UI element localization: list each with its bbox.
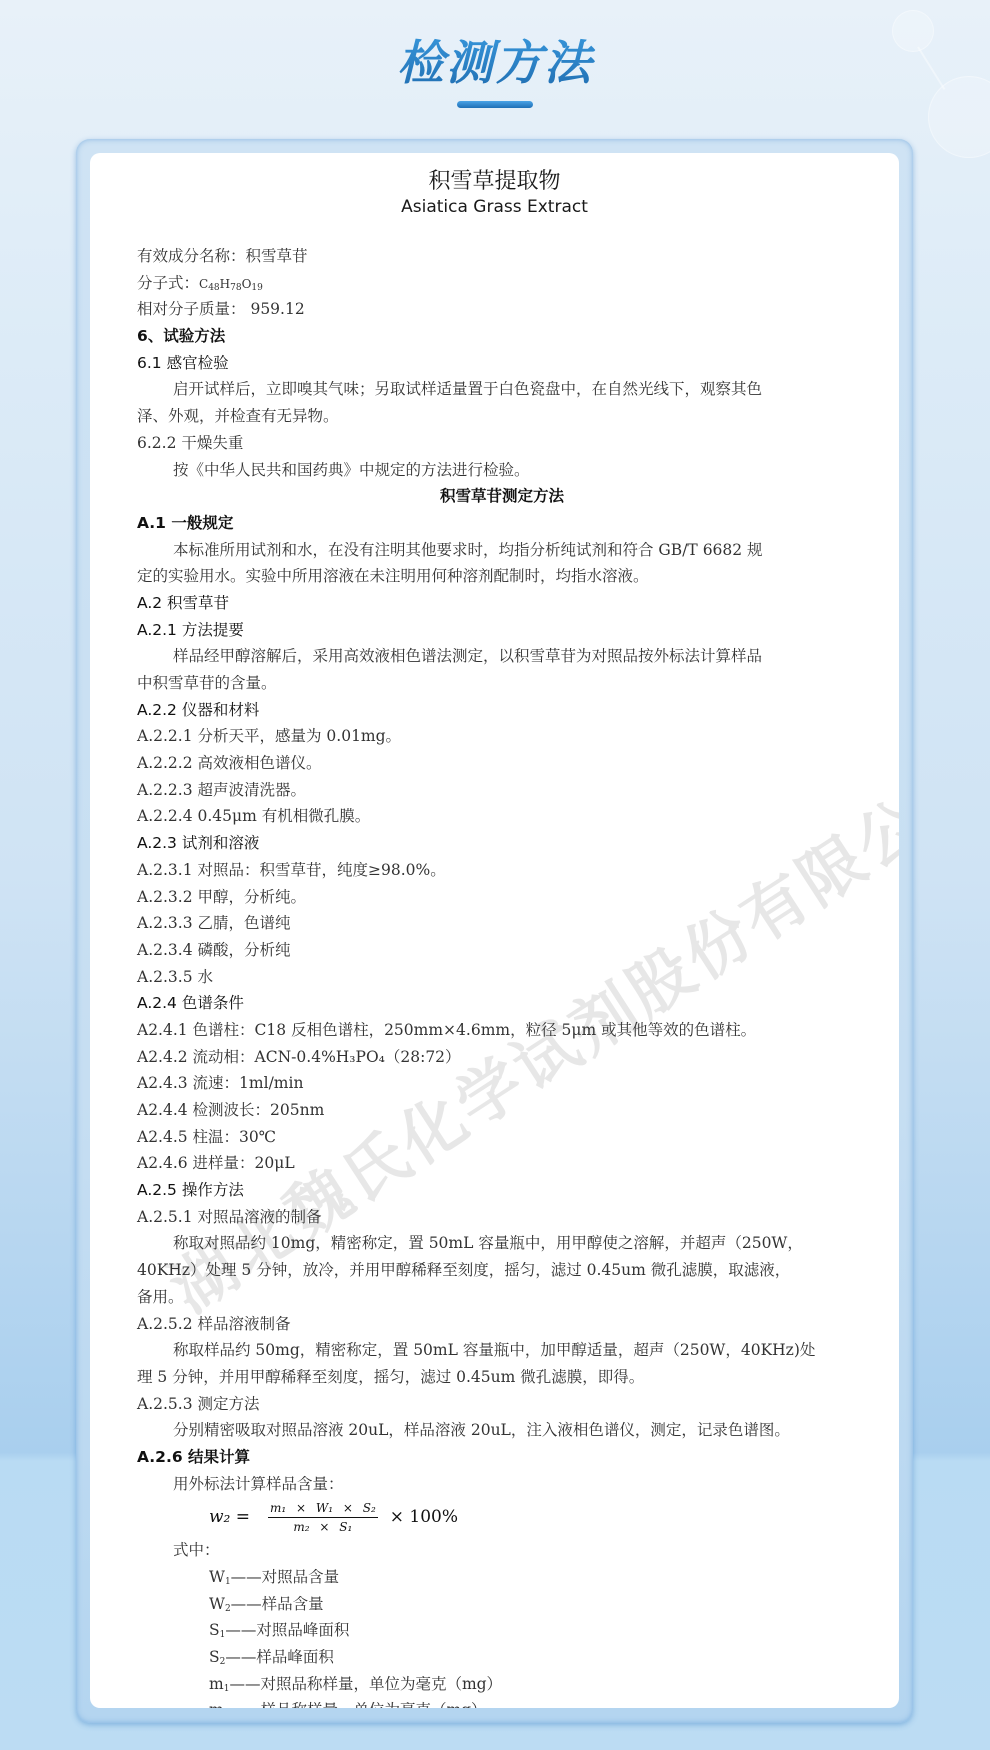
section-6-1-heading: 6.1 感官检验: [137, 350, 867, 377]
variable-definition: S2——样品峰面积: [137, 1644, 867, 1671]
paragraph: 40KHz）处理 5 分钟，放冷，并用甲醇稀释至刻度，摇匀，滤过 0.45um …: [137, 1257, 867, 1284]
label: 有效成分名称：: [137, 247, 246, 265]
document-subtitle: Asiatica Grass Extract: [90, 197, 899, 217]
active-ingredient-line: 有效成分名称：积雪草苷: [137, 243, 867, 270]
section-a2-6-heading: A.2.6 结果计算: [137, 1444, 867, 1471]
list-item: A.2.2.2 高效液相色谱仪。: [137, 750, 867, 777]
result-formula: w₂ = m₁ × W₁ × S₂ m₂ × S₁ × 100%: [137, 1497, 867, 1537]
paragraph: 样品经甲醇溶解后，采用高效液相色谱法测定，以积雪草苷为对照品按外标法计算样品: [137, 643, 867, 670]
section-a1-heading: A.1 一般规定: [137, 510, 867, 537]
title-underline-bar: [457, 101, 533, 108]
list-item: A2.4.1 色谱柱：C18 反相色谱柱，250mm×4.6mm，粒径 5μm …: [137, 1017, 867, 1044]
page-title: 检测方法: [0, 26, 990, 93]
list-item: A2.4.4 检测波长：205nm: [137, 1097, 867, 1124]
section-a2-5-heading: A.2.5 操作方法: [137, 1177, 867, 1204]
paragraph: 按《中华人民共和国药典》中规定的方法进行检验。: [137, 457, 867, 484]
paragraph: 定的实验用水。实验中所用溶液在未注明用何种溶剂配制时，均指水溶液。: [137, 563, 867, 590]
formula-fraction: m₁ × W₁ × S₂ m₂ × S₁: [268, 1501, 378, 1534]
list-item: A2.4.5 柱温：30℃: [137, 1124, 867, 1151]
molecular-weight-line: 相对分子质量： 959.12: [137, 296, 867, 323]
list-item: A.2.3.1 对照品：积雪草苷，纯度≥98.0%。: [137, 857, 867, 884]
section-a2-1-heading: A.2.1 方法提要: [137, 617, 867, 644]
list-item: A.2.3.5 水: [137, 964, 867, 991]
document-card: 湖北魏氏化学试剂股份有限公司 积雪草提取物 Asiatica Grass Ext…: [90, 153, 899, 1708]
variable-definition: W2——样品含量: [137, 1591, 867, 1618]
document-title: 积雪草提取物: [90, 164, 899, 195]
paragraph: 称取对照品约 10mg，精密称定，置 50mL 容量瓶中，用甲醇使之溶解，并超声…: [137, 1230, 867, 1257]
paragraph: 分别精密吸取对照品溶液 20uL，样品溶液 20uL，注入液相色谱仪，测定，记录…: [137, 1417, 867, 1444]
paragraph: 泽、外观，并检查有无异物。: [137, 403, 867, 430]
formula-denominator: m₂ × S₁: [293, 1518, 352, 1534]
paragraph: 理 5 分钟，并用甲醇稀释至刻度，摇匀，滤过 0.45um 微孔滤膜，即得。: [137, 1364, 867, 1391]
section-a2-5-1-heading: A.2.5.1 对照品溶液的制备: [137, 1204, 867, 1231]
formula-value: C48H78O19: [199, 277, 263, 291]
section-a2-3-heading: A.2.3 试剂和溶液: [137, 830, 867, 857]
list-item: A.2.3.4 磷酸，分析纯: [137, 937, 867, 964]
formula-rhs: × 100%: [390, 1507, 458, 1527]
where-label: 式中：: [137, 1537, 867, 1564]
section-a2-heading: A.2 积雪草苷: [137, 590, 867, 617]
molecular-formula-line: 分子式：C48H78O19: [137, 270, 867, 297]
paragraph: 启开试样后，立即嗅其气味；另取试样适量置于白色瓷盘中，在自然光线下，观察其色: [137, 376, 867, 403]
section-6-heading: 6、试验方法: [137, 323, 867, 350]
section-a2-2-heading: A.2.2 仪器和材料: [137, 697, 867, 724]
list-item: A2.4.2 流动相：ACN-0.4%H₃PO₄（28:72）: [137, 1044, 867, 1071]
formula-numerator: m₁ × W₁ × S₂: [268, 1501, 378, 1518]
label: 相对分子质量：: [137, 300, 246, 318]
variable-definition: m1——对照品称样量，单位为毫克（mg）: [137, 1671, 867, 1698]
paragraph: 中积雪草苷的含量。: [137, 670, 867, 697]
list-item: A.2.3.2 甲醇，分析纯。: [137, 884, 867, 911]
value: 积雪草苷: [246, 247, 308, 265]
paragraph: 用外标法计算样品含量：: [137, 1471, 867, 1498]
list-item: A2.4.6 进样量：20μL: [137, 1150, 867, 1177]
label: 分子式：: [137, 274, 199, 292]
paragraph: 备用。: [137, 1284, 867, 1311]
formula-lhs: w₂ =: [209, 1507, 250, 1527]
section-a2-4-heading: A.2.4 色谱条件: [137, 990, 867, 1017]
section-a2-5-2-heading: A.2.5.2 样品溶液制备: [137, 1311, 867, 1338]
variable-definition: W1——对照品含量: [137, 1564, 867, 1591]
paragraph: 本标准所用试剂和水，在没有注明其他要求时，均指分析纯试剂和符合 GB/T 668…: [137, 537, 867, 564]
section-a2-5-3-heading: A.2.5.3 测定方法: [137, 1391, 867, 1418]
paragraph: 称取样品约 50mg，精密称定，置 50mL 容量瓶中，加甲醇适量，超声（250…: [137, 1337, 867, 1364]
variable-definition: S1——对照品峰面积: [137, 1617, 867, 1644]
list-item: A2.4.3 流速：1ml/min: [137, 1070, 867, 1097]
method-title: 积雪草苷测定方法: [137, 483, 867, 510]
value: 959.12: [250, 300, 304, 318]
list-item: A.2.2.1 分析天平，感量为 0.01mg。: [137, 723, 867, 750]
list-item: A.2.2.3 超声波清洗器。: [137, 777, 867, 804]
list-item: A.2.3.3 乙腈，色谱纯: [137, 910, 867, 937]
list-item: A.2.2.4 0.45μm 有机相微孔膜。: [137, 803, 867, 830]
section-6-2-2-heading: 6.2.2 干燥失重: [137, 430, 867, 457]
variable-definition: m2——样品称样量，单位为毫克（mg）: [137, 1697, 867, 1708]
document-body: 有效成分名称：积雪草苷 分子式：C48H78O19 相对分子质量： 959.12…: [137, 243, 867, 1708]
